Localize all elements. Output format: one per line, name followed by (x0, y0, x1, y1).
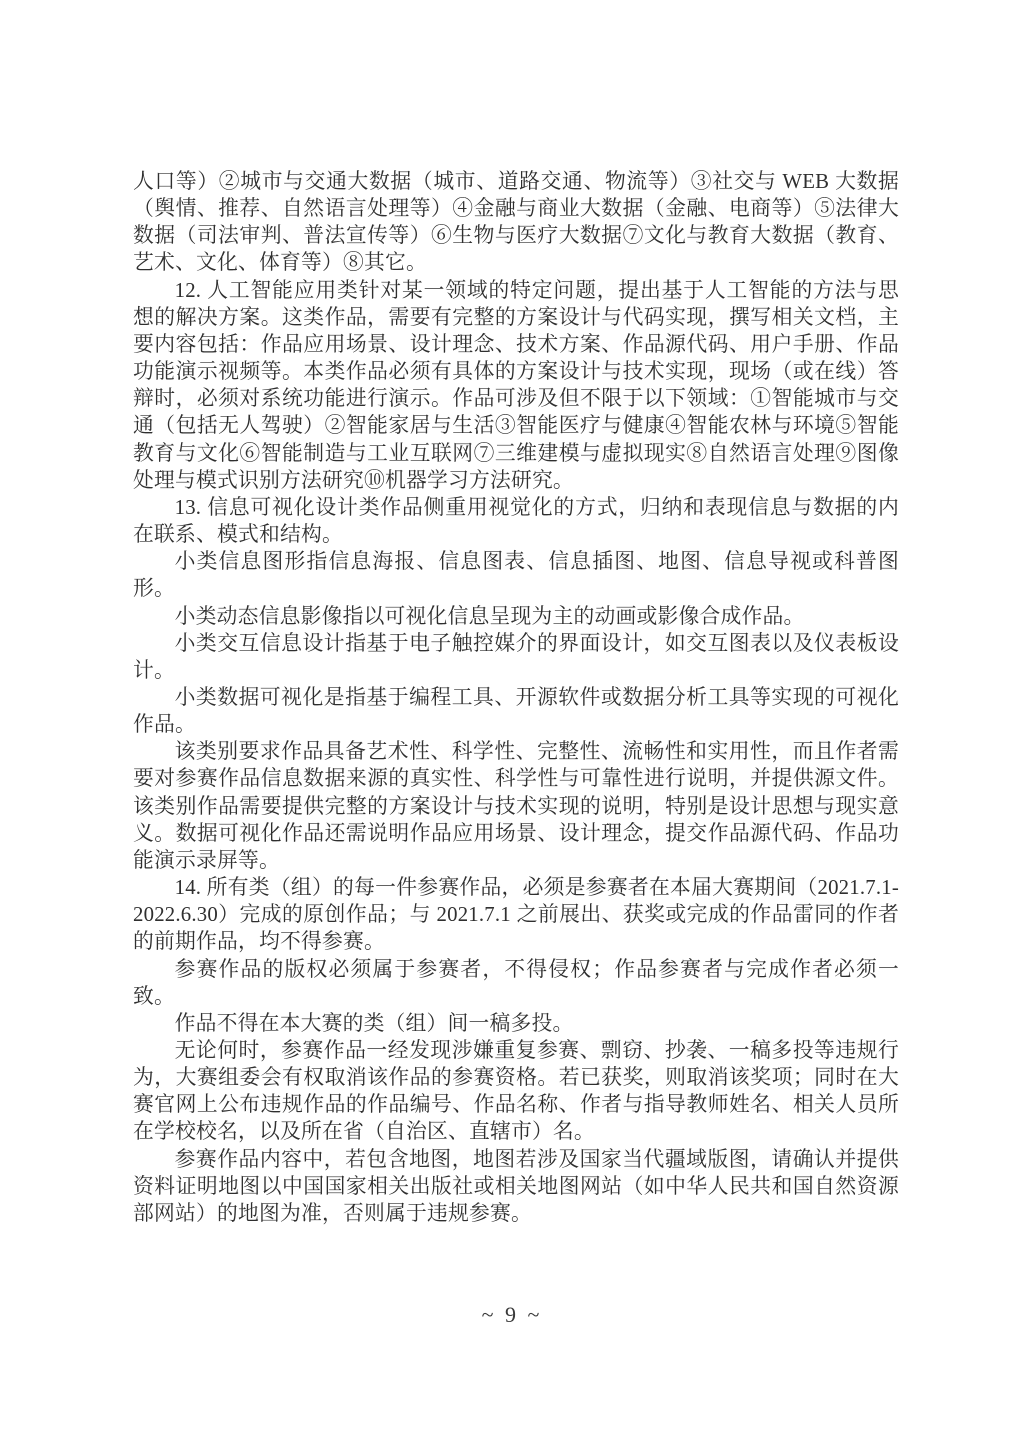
paragraph: 小类数据可视化是指基于编程工具、开源软件或数据分析工具等实现的可视化作品。 (133, 684, 899, 738)
paragraph: 小类信息图形指信息海报、信息图表、信息插图、地图、信息导视或科普图形。 (133, 548, 899, 602)
paragraph: 小类动态信息影像指以可视化信息呈现为主的动画或影像合成作品。 (133, 603, 899, 630)
paragraph: 小类交互信息设计指基于电子触控媒介的界面设计，如交互图表以及仪表板设计。 (133, 630, 899, 684)
paragraph: 13. 信息可视化设计类作品侧重用视觉化的方式，归纳和表现信息与数据的内在联系、… (133, 494, 899, 548)
paragraph: 作品不得在本大赛的类（组）间一稿多投。 (133, 1010, 899, 1037)
paragraph: 14. 所有类（组）的每一件参赛作品，必须是参赛者在本届大赛期间（2021.7.… (133, 874, 899, 955)
paragraph: 12. 人工智能应用类针对某一领域的特定问题，提出基于人工智能的方法与思想的解决… (133, 277, 899, 494)
page-number: ~ 9 ~ (0, 1302, 1024, 1328)
paragraph: 参赛作品内容中，若包含地图，地图若涉及国家当代疆域版图，请确认并提供资料证明地图… (133, 1146, 899, 1227)
paragraph: 无论何时，参赛作品一经发现涉嫌重复参赛、剽窃、抄袭、一稿多投等违规行为，大赛组委… (133, 1037, 899, 1146)
document-body: 人口等）②城市与交通大数据（城市、道路交通、物流等）③社交与 WEB 大数据（舆… (133, 168, 899, 1227)
paragraph: 人口等）②城市与交通大数据（城市、道路交通、物流等）③社交与 WEB 大数据（舆… (133, 168, 899, 277)
document-page: 人口等）②城市与交通大数据（城市、道路交通、物流等）③社交与 WEB 大数据（舆… (0, 0, 1024, 1448)
paragraph: 参赛作品的版权必须属于参赛者，不得侵权；作品参赛者与完成作者必须一致。 (133, 956, 899, 1010)
paragraph: 该类别要求作品具备艺术性、科学性、完整性、流畅性和实用性，而且作者需要对参赛作品… (133, 738, 899, 874)
